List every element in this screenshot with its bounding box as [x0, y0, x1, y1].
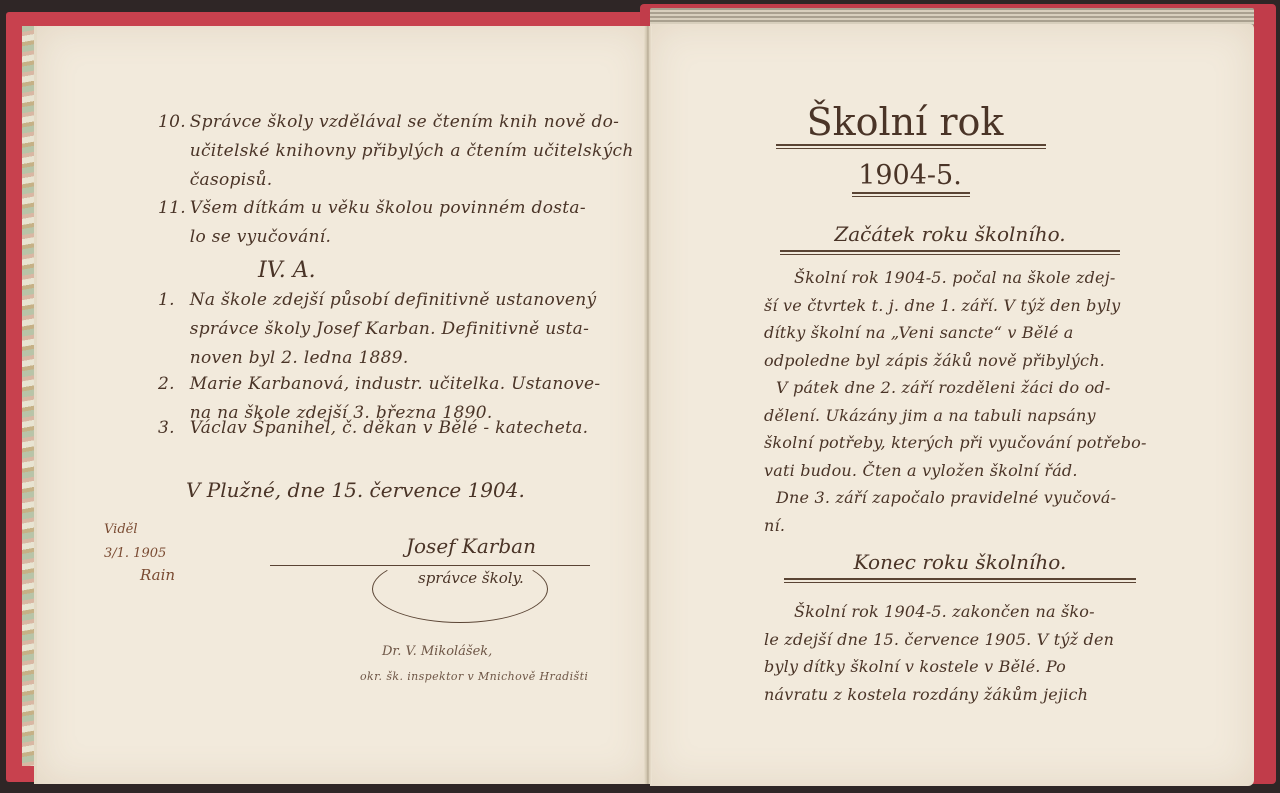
text-line: odpoledne byl zápis žáků nově přibylých.	[764, 347, 1184, 375]
item-10: 10. Správce školy vzdělával se čtením kn…	[158, 108, 634, 195]
item-number: 1.	[158, 286, 184, 315]
inspector-name: Dr. V. Mikolášek,	[382, 644, 492, 659]
staff-item-1: 1. Na škole zdejší působí definitivně us…	[158, 286, 596, 373]
text-line: Školní rok 1904-5. zakončen na ško-	[764, 598, 1184, 626]
book-gutter	[644, 26, 652, 784]
school-year: 1904-5.	[850, 160, 970, 191]
text-line: ní.	[764, 512, 1184, 540]
margin-note-line: Viděl	[104, 518, 166, 542]
item-number: 2.	[158, 370, 184, 399]
paragraph-start-of-year: Školní rok 1904-5. počal na škole zdej- …	[764, 264, 1184, 539]
text-line: návratu z kostela rozdány žákům jejich	[764, 681, 1184, 709]
inspector-title: okr. šk. inspektor v Mnichově Hradišti	[360, 670, 588, 683]
paragraph-end-of-year: Školní rok 1904-5. zakončen na ško- le z…	[764, 598, 1184, 708]
text-line: Všem dítkám u věku školou povinném dosta…	[190, 194, 586, 223]
section-underline	[780, 250, 1120, 255]
text-line: lo se vyučování.	[190, 223, 586, 252]
margin-note: Viděl 3/1. 1905	[104, 518, 166, 566]
text-line: správce školy Josef Karban. Definitivně …	[190, 315, 597, 344]
item-body: Na škole zdejší působí definitivně ustan…	[190, 286, 597, 373]
margin-note-line: 3/1. 1905	[104, 542, 166, 566]
section-heading-iva: IV. A.	[258, 258, 316, 283]
item-number: 11.	[158, 194, 184, 223]
year-underline	[852, 192, 970, 197]
text-line: dělení. Ukázány jim a na tabuli napsány	[764, 402, 1184, 430]
item-11: 11. Všem dítkám u věku školou povinném d…	[158, 194, 586, 252]
place-and-date: V Plužné, dne 15. července 1904.	[186, 478, 525, 502]
text-line: dítky školní na „Veni sancte“ v Bělé a	[764, 319, 1184, 347]
text-line: Na škole zdejší působí definitivně ustan…	[190, 286, 597, 315]
title-underline	[776, 144, 1046, 149]
item-body: Všem dítkám u věku školou povinném dosta…	[190, 194, 586, 252]
text-line: Správce školy vzdělával se čtením knih n…	[190, 108, 634, 137]
text-line: školní potřeby, kterých při vyučování po…	[764, 429, 1184, 457]
item-number: 3.	[158, 414, 184, 443]
margin-signature: Rain	[140, 566, 175, 584]
text-line: časopisů.	[190, 166, 634, 195]
text-line: V pátek dne 2. září rozděleni žáci do od…	[764, 374, 1184, 402]
text-line: le zdejší dne 15. července 1905. V týž d…	[764, 626, 1184, 654]
section-heading-start: Začátek roku školního.	[782, 222, 1118, 246]
marbled-endpaper	[22, 26, 34, 766]
page-title: Školní rok	[760, 100, 1050, 144]
item-number: 10.	[158, 108, 184, 137]
staff-item-3: 3. Václav Španihel, č. děkan v Bělé - ka…	[158, 414, 588, 443]
signature-role: správce školy.	[418, 569, 524, 587]
signature-flourish	[372, 555, 548, 623]
item-body: Správce školy vzdělával se čtením knih n…	[190, 108, 634, 195]
text-line: byly dítky školní v kostele v Bělé. Po	[764, 653, 1184, 681]
item-body: Václav Španihel, č. děkan v Bělé - katec…	[190, 414, 589, 443]
text-line: učitelské knihovny přibylých a čtením uč…	[190, 137, 634, 166]
text-line: Dne 3. září započalo pravidelné vyučová-	[764, 484, 1184, 512]
section-heading-end: Konec roku školního.	[786, 550, 1134, 574]
text-line: vati budou. Čten a vyložen školní řád.	[764, 457, 1184, 485]
text-line: ší ve čtvrtek t. j. dne 1. září. V týž d…	[764, 292, 1184, 320]
text-line: Václav Španihel, č. děkan v Bělé - katec…	[190, 414, 589, 443]
text-line: noven byl 2. ledna 1889.	[190, 344, 597, 373]
section-underline	[784, 578, 1136, 583]
signature-name: Josef Karban	[406, 534, 536, 558]
text-line: Školní rok 1904-5. počal na škole zdej-	[764, 264, 1184, 292]
text-line: Marie Karbanová, industr. učitelka. Usta…	[190, 370, 601, 399]
